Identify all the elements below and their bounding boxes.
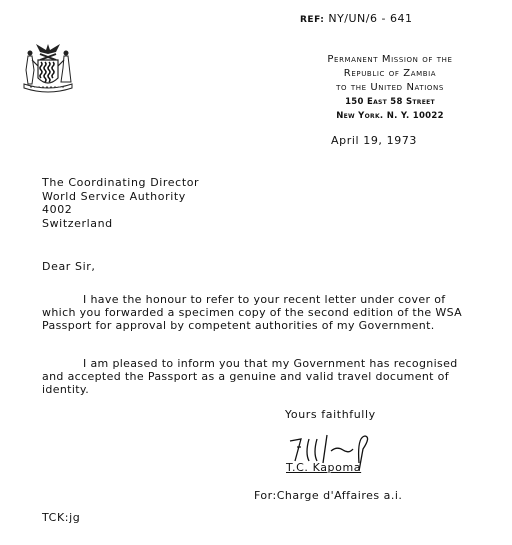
letterhead-line: to the United Nations [290, 81, 490, 95]
coat-of-arms-emblem [18, 38, 78, 100]
letterhead: Permanent Mission of the Republic of Zam… [290, 53, 490, 123]
body-paragraph: I have the honour to refer to your recen… [42, 293, 482, 332]
reference-value: NY/UN/6 - 641 [328, 12, 412, 25]
paragraph-text: I have the honour to refer to your recen… [42, 293, 462, 332]
body-paragraph: I am pleased to inform you that my Gover… [42, 357, 482, 396]
recipient-line: The Coordinating Director [42, 176, 199, 190]
recipient-line: World Service Authority [42, 190, 199, 204]
paragraph-text: I am pleased to inform you that my Gover… [42, 357, 458, 396]
letterhead-address-line: 150 East 58 Street [290, 95, 490, 109]
letterhead-line: Republic of Zambia [290, 67, 490, 81]
letterhead-line: Permanent Mission of the [290, 53, 490, 67]
recipient-line: 4002 [42, 203, 199, 217]
reference-number: REF: NY/UN/6 - 641 [300, 12, 412, 25]
complimentary-close: Yours faithfully [285, 408, 376, 421]
reference-label: REF: [300, 15, 324, 25]
letter-date: April 19, 1973 [331, 134, 417, 147]
salutation: Dear Sir, [42, 260, 95, 273]
letterhead-address-line: New York. N. Y. 10022 [290, 109, 490, 123]
recipient-address: The Coordinating Director World Service … [42, 176, 199, 230]
signatory-title: For:Charge d'Affaires a.i. [254, 489, 402, 502]
typist-initials: TCK:jg [42, 511, 80, 524]
signatory-name: T.C. Kapoma [286, 461, 361, 474]
recipient-line: Switzerland [42, 217, 199, 231]
